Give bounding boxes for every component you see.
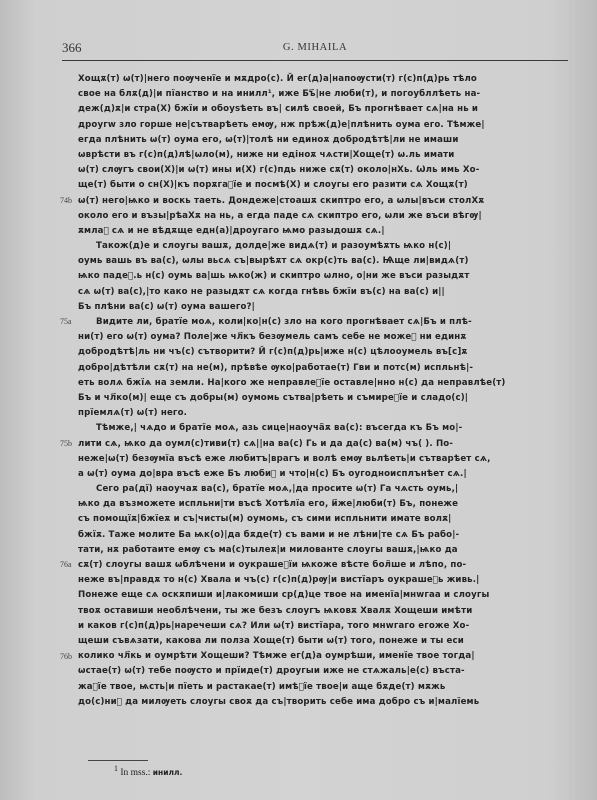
text-line: сѫ(т) слоугы вашѫ ѡблѣчени и оукрашеⷩїи … bbox=[78, 558, 566, 573]
text-line: Бъ плѣни ва(с) ѡ(т) оума вашего?| bbox=[78, 300, 566, 315]
text-line: до(с)ниⷦ да милѹеть слоугы своѫ да съ|тв… bbox=[78, 695, 566, 710]
text-line: тати, нѫ работаите емѹ съ ма(с)тылеѫ|и м… bbox=[78, 543, 566, 558]
folio-margin-note: 74b bbox=[60, 196, 72, 205]
text-line: ни(т) его ѡ(т) оума? Поле|же чл҃къ безѹм… bbox=[78, 330, 566, 345]
text-line: оумь вашь въ ва(с), ѡлы вьсѧ съ|вырѣѫт с… bbox=[78, 254, 566, 269]
text-line: егда плѣнить ѡ(т) оума его, ѡ(т)|толѣ ни… bbox=[78, 133, 566, 148]
text-line: около его и възы|рѣаХѫ на нь, а егда пад… bbox=[78, 209, 566, 224]
text-line: дроугw зло горше не|сътварѣеть емѹ, нж п… bbox=[78, 118, 566, 133]
text-line: сѧ ѡ(т) ва(с),|то како не разыдѫт сѧ ког… bbox=[78, 285, 566, 300]
text-line: ѫмлаⷮ сѧ и не вѣдѫще едн(а)|дроугаго ѩмо… bbox=[78, 224, 566, 239]
book-page: 366 G. MIHAILA 74b75a75b76a76b Хощѫ(т) ѡ… bbox=[0, 0, 597, 800]
text-line: ѩко да възможете испльни|ти въсѣ Хотѣлїа… bbox=[78, 497, 566, 512]
folio-margin-note: 75a bbox=[60, 317, 72, 326]
running-head: G. MIHAILA bbox=[62, 42, 568, 53]
footnote-rule bbox=[88, 760, 148, 761]
text-line: прїемлѧ(т) ѡ(т) него. bbox=[78, 406, 566, 421]
text-line: ѡстае(т) ѡ(т) тебе поѹсто и прїиде(т) др… bbox=[78, 664, 566, 679]
folio-margin-note: 76a bbox=[60, 560, 72, 569]
text-line: неже|ѡ(т) безѹмїа въсѣ еже любитъ|врагъ … bbox=[78, 452, 566, 467]
text-line: Бъ и чл҃ко(м)| еще съ добры(м) оумомь съ… bbox=[78, 391, 566, 406]
text-line: Хощѫ(т) ѡ(т)|него поѹчені҄е и мѫдро(с). … bbox=[78, 72, 566, 87]
text-line: щеши съвѧзати, какова ли полза Хоще(т) б… bbox=[78, 634, 566, 649]
page-header: 366 G. MIHAILA bbox=[62, 40, 568, 56]
folio-margin-note: 76b bbox=[60, 652, 72, 661]
text-line: бжїѫ. Таже молите Ба ѩк(о)|да бѫде(т) съ… bbox=[78, 528, 566, 543]
text-line: неже въ|правдѫ то н(с) Хвала и чъ(с) г(с… bbox=[78, 573, 566, 588]
text-line: Сего ра(дї) наоучаѫ ва(с), братїе моѧ,|д… bbox=[78, 482, 566, 497]
text-line: деж(д)ѫ|и стра(Х) бжїи и обоуѕѣеть въ| с… bbox=[78, 102, 566, 117]
text-line: свое на блѫ(д)|и пїанство и на инилл¹, и… bbox=[78, 87, 566, 102]
text-line: жаⷩїе твое, ѩсть|и пїеть и растакае(т) и… bbox=[78, 680, 566, 695]
footnote-ms-reading: инилл. bbox=[153, 768, 183, 777]
text-line: колико чл҃кь и оумрѣти Хощеши? Тѣмже ег(… bbox=[78, 649, 566, 664]
text-line: Видите ли, братїе моѧ, коли|ко|н(с) зло … bbox=[78, 315, 566, 330]
text-line: лити сѧ, ѩко да оумл(с)тиви(т) сѧ||на ва… bbox=[78, 437, 566, 452]
text-line: Тѣмже,| чѧдо и братїе моѧ, азь сице|наоу… bbox=[78, 421, 566, 436]
folio-margin-note: 75b bbox=[60, 439, 72, 448]
text-line: съ помощїѫ|бжїеѫ и съ|чисты(м) оумомь, с… bbox=[78, 512, 566, 527]
footnote: 1 In mss.: инилл. bbox=[114, 764, 182, 778]
text-line: Також(д)е и слоугы вашѫ, долде|же видѧ(т… bbox=[78, 239, 566, 254]
text-line: ѡ(т) него|ѩко и воскь таеть. Дондеже|сто… bbox=[78, 194, 566, 209]
text-line: добро|дѣтѣли сѫ(т) на не(м), прѣвѣе ѹко|… bbox=[78, 361, 566, 376]
text-line: и каков г(с)п(д)рь|наречеши сѧ? Или ѡ(т)… bbox=[78, 619, 566, 634]
text-line: ѩко падеⷤ.ь н(с) оумь ва|шь ѩко(ж) и ски… bbox=[78, 269, 566, 284]
body-text: Хощѫ(т) ѡ(т)|него поѹчені҄е и мѫдро(с). … bbox=[78, 72, 566, 710]
text-line: а ѡ(т) оума до|вра въсѣ еже Бъ любиⷮ и ч… bbox=[78, 467, 566, 482]
text-line: ще(т) быти о сн(Х)|къ порѫгаⷩїе и посмѣ(… bbox=[78, 178, 566, 193]
text-line: еть волѧ бжїѧ на земли. На|кого же непра… bbox=[78, 376, 566, 391]
text-line: добродѣтѣ|ль ни чъ(с) сътворити? Й г(с)п… bbox=[78, 345, 566, 360]
header-rule bbox=[62, 60, 568, 61]
text-line: ѡ(т) слѹгъ свои(Х)|и ѡ(т) ины и(Х) г(с)п… bbox=[78, 163, 566, 178]
footnote-text: In mss.: bbox=[120, 768, 150, 778]
text-line: твоѫ оставиши необлѣчени, ты же безъ сло… bbox=[78, 604, 566, 619]
text-line: ѡврѣсти въ г(с)п(д)лѣ|ѡло(м), ниже ни ед… bbox=[78, 148, 566, 163]
text-line: Понеже еще сѧ оскѫпиши и|лакомиши ср(д)ц… bbox=[78, 588, 566, 603]
footnote-marker: 1 bbox=[114, 764, 118, 773]
